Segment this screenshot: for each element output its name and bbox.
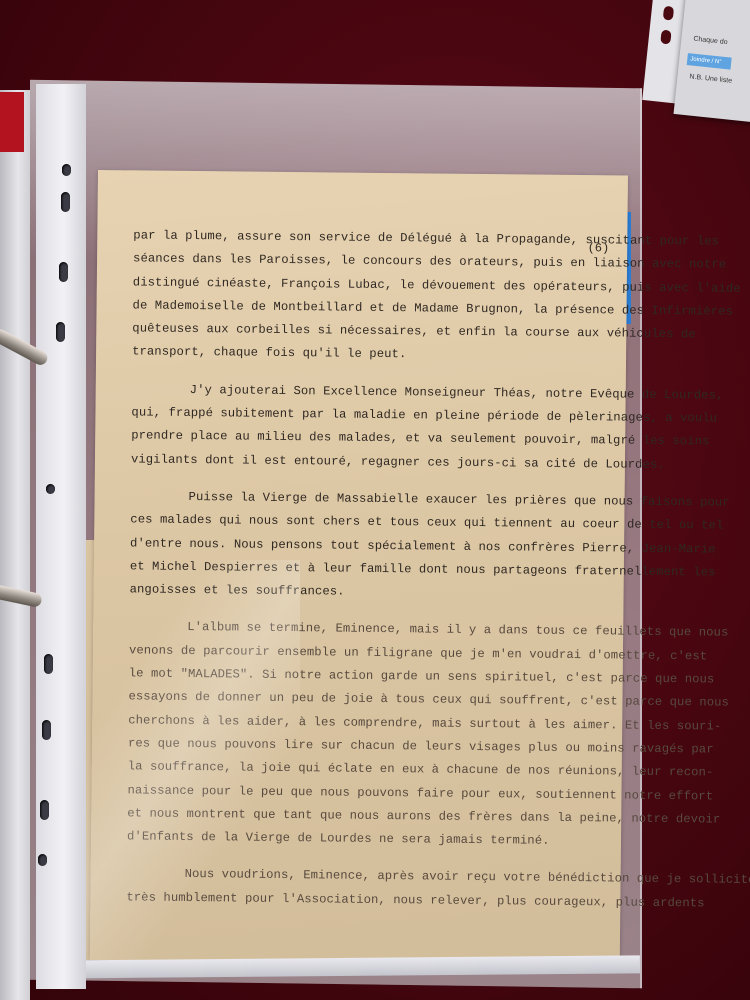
paragraph-5: Nous voudrions, Eminence, après avoir re… [126,863,610,915]
paragraph-2: J'y ajouterai Son Excellence Monseigneur… [131,378,616,476]
punch-hole [59,262,68,282]
paragraph-1: par la plume, assure son service de Délé… [132,224,617,369]
paragraph-4: L'album se termine, Eminence, mais il y … [127,616,613,854]
leaflet-text: Chaque do [693,36,728,47]
leaflet-button-label: Joindre / N° [687,53,732,70]
punch-hole [38,854,47,866]
punch-hole [44,654,53,674]
binder-spine [0,90,30,1000]
binder-cover-edge [0,92,24,152]
page-body: par la plume, assure son service de Délé… [126,224,617,914]
paragraph-3: Puisse la Vierge de Massabielle exaucer … [129,485,614,607]
sleeve-punched-strip [36,84,86,989]
punch-hole [62,164,71,176]
text-line: très humblement pour l'Association, nous… [126,886,610,914]
background-leaflet: Chaque do Joindre / N° N.B. Une liste [674,0,750,125]
punch-hole [40,800,49,820]
punch-hole [61,192,70,212]
typed-page: (6) par la plume, assure son service de … [90,170,628,966]
punch-hole [660,30,671,45]
leaflet-text: N.B. Une liste [689,73,732,84]
punch-hole [42,720,51,740]
punch-hole [46,484,55,494]
punch-hole [663,6,674,21]
punch-hole [56,322,65,342]
